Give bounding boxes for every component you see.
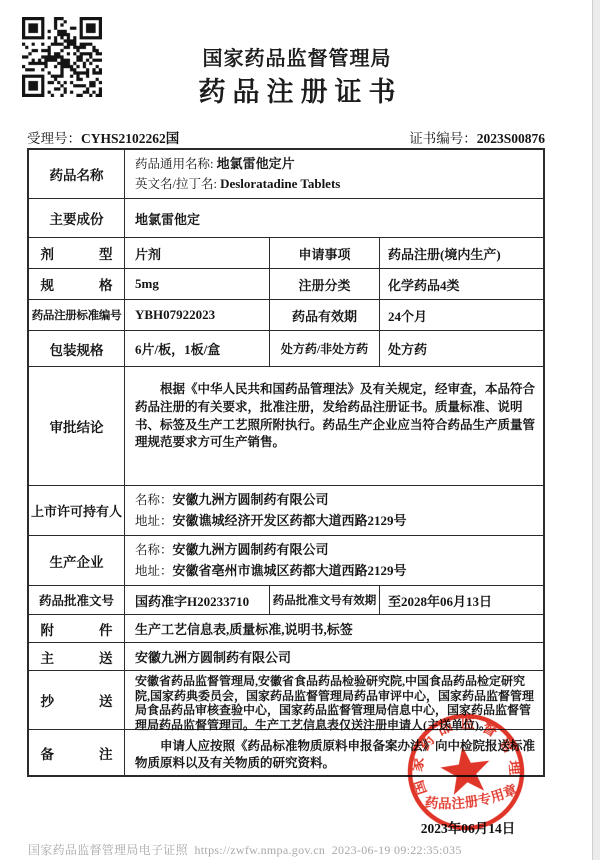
row-label: 生产企业 <box>29 536 125 585</box>
row-label-2: 药品有效期 <box>270 300 380 330</box>
row-label: 药品名称 <box>29 150 125 198</box>
page-edge-strip <box>592 0 600 860</box>
row-value: 5mg <box>125 269 270 299</box>
row-value: 安徽九洲方圆制药有限公司 <box>125 643 543 670</box>
table-row-main-recipient: 主送 安徽九洲方圆制药有限公司 <box>29 642 543 670</box>
table-row-attachments: 附件 生产工艺信息表,质量标准,说明书,标签 <box>29 614 543 642</box>
official-seal: 国家药品监督管理局 药品注册专用章 <box>381 687 550 856</box>
row-label-2: 处方药/非处方药 <box>270 331 380 366</box>
row-label: 剂型 <box>29 238 125 268</box>
row-value: 地氯雷他定 <box>125 199 543 237</box>
table-row-ingredient: 主要成份 地氯雷他定 <box>29 198 543 237</box>
table-row-license-holder: 上市许可持有人 名称：安徽九洲方圆制药有限公司 地址：安徽谯城经济开发区药都大道… <box>29 485 543 535</box>
row-value: 药品通用名称: 地氯雷他定片 英文名/拉丁名: Desloratadine Ta… <box>125 150 543 198</box>
row-value: 6片/板，1板/盒 <box>125 331 270 366</box>
row-label: 主送 <box>29 643 125 670</box>
row-value-2: 至2028年06月13日 <box>380 586 543 614</box>
row-value: 国药准字H20233710 <box>125 586 270 614</box>
seal-ring-text: 国家药品监督管理局 <box>381 687 525 801</box>
row-label-2: 申请事项 <box>270 238 380 268</box>
row-label-2: 药品批准文号有效期 <box>270 586 380 614</box>
certificate-title: 药品注册证书 <box>0 70 594 109</box>
certificate-meta: 受理号：CYHS2102262国 证书编号：2023S00876 <box>27 127 545 147</box>
row-label: 药品批准文号 <box>29 586 125 614</box>
row-label: 药品注册标准编号 <box>29 300 125 330</box>
table-row-dosage-form: 剂型 片剂 申请事项 药品注册(境内生产) <box>29 237 543 268</box>
acceptance-number: 受理号：CYHS2102262国 <box>27 127 179 147</box>
seal-star-icon <box>438 743 493 796</box>
row-value-2: 处方药 <box>380 331 543 366</box>
row-label: 上市许可持有人 <box>29 486 125 535</box>
svg-text:国家药品监督管理局: 国家药品监督管理局 <box>381 687 525 801</box>
row-value: 片剂 <box>125 238 270 268</box>
issuing-authority: 国家药品监督管理局 <box>0 42 594 71</box>
row-value-2: 药品注册(境内生产) <box>380 238 543 268</box>
registration-table: 药品名称 药品通用名称: 地氯雷他定片 英文名/拉丁名: Desloratadi… <box>27 148 545 777</box>
row-label: 规格 <box>29 269 125 299</box>
table-row-approval-number: 药品批准文号 国药准字H20233710 药品批准文号有效期 至2028年06月… <box>29 585 543 614</box>
row-value-2: 化学药品4类 <box>380 269 543 299</box>
table-row-standard-no: 药品注册标准编号 YBH07922023 药品有效期 24个月 <box>29 299 543 330</box>
row-value: 生产工艺信息表,质量标准,说明书,标签 <box>125 615 543 642</box>
certificate-number: 证书编号：2023S00876 <box>409 127 545 147</box>
certificate-page: 国家药品监督管理局 药品注册证书 受理号：CYHS2102262国 证书编号：2… <box>0 0 600 860</box>
row-label: 主要成份 <box>29 199 125 237</box>
table-row-drug-name: 药品名称 药品通用名称: 地氯雷他定片 英文名/拉丁名: Desloratadi… <box>29 150 543 198</box>
row-label-2: 注册分类 <box>270 269 380 299</box>
row-value-2: 24个月 <box>380 300 543 330</box>
row-value: YBH07922023 <box>125 300 270 330</box>
row-label: 审批结论 <box>29 367 125 485</box>
row-label: 备注 <box>29 730 125 775</box>
row-label: 包装规格 <box>29 331 125 366</box>
table-row-manufacturer: 生产企业 名称：安徽九洲方圆制药有限公司 地址：安徽省亳州市谯城区药都大道西路2… <box>29 535 543 585</box>
table-row-strength: 规格 5mg 注册分类 化学药品4类 <box>29 268 543 299</box>
table-row-package: 包装规格 6片/板，1板/盒 处方药/非处方药 处方药 <box>29 330 543 366</box>
table-row-approval-conclusion: 审批结论 根据《中华人民共和国药品管理法》及有关规定，经审查，本品符合药品注册的… <box>29 366 543 485</box>
row-label: 抄送 <box>29 671 125 729</box>
footer-note: 国家药品监督管理局电子证照 https://zwfw.nmpa.gov.cn 2… <box>28 841 462 858</box>
row-label: 附件 <box>29 615 125 642</box>
row-value: 名称：安徽九洲方圆制药有限公司 地址：安徽谯城经济开发区药都大道西路2129号 <box>125 486 543 535</box>
row-value: 根据《中华人民共和国药品管理法》及有关规定，经审查，本品符合药品注册的有关要求，… <box>125 367 543 485</box>
row-value: 名称：安徽九洲方圆制药有限公司 地址：安徽省亳州市谯城区药都大道西路2129号 <box>125 536 543 585</box>
